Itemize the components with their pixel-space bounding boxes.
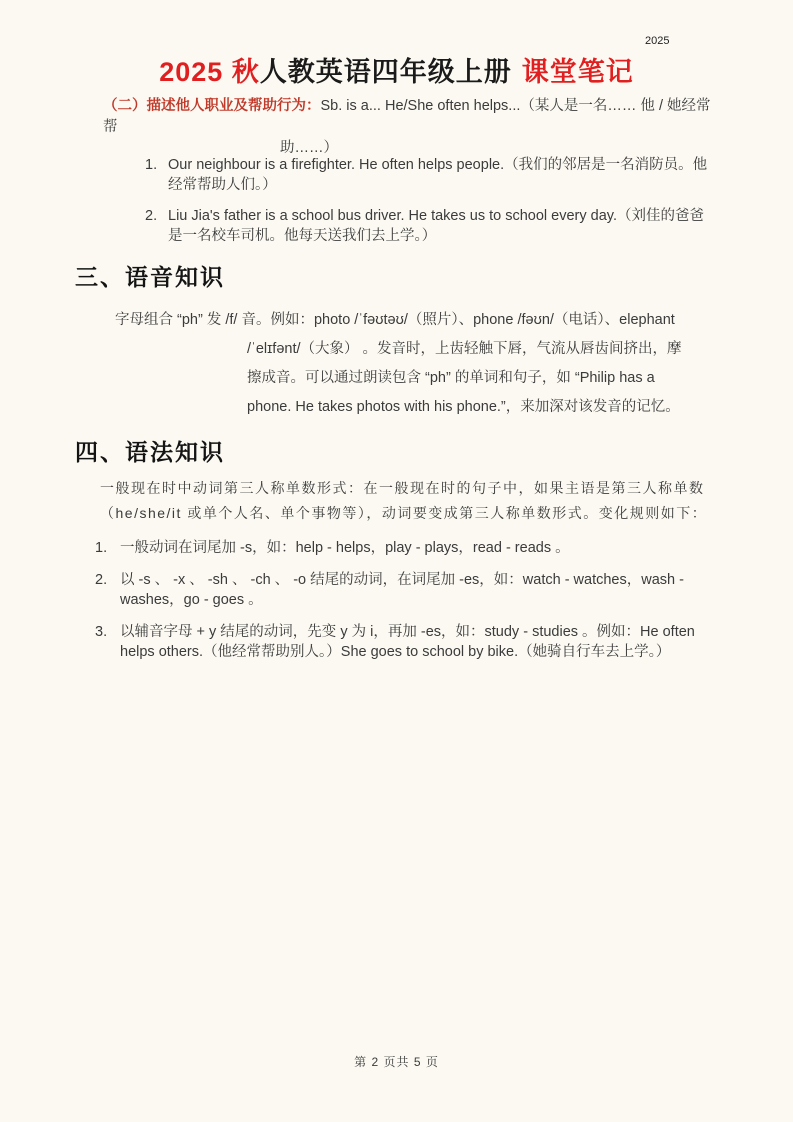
page-title: 2025 秋人教英语四年级上册课堂笔记 [0,50,793,89]
describe-lead-line: （二）描述他人职业及帮助行为：Sb. is a... He/She often … [103,96,717,138]
document-page: 2025 2025 秋人教英语四年级上册课堂笔记 （二）描述他人职业及帮助行为：… [0,0,793,1122]
title-year-season: 2025 秋 [159,57,260,87]
title-book-name: 人教英语四年级上册 [260,57,512,87]
phonics-line: 擦成音。可以通过朗读包含 “ph” 的单词和句子，如 “Philip has a [247,364,720,393]
list-item: 2. Liu Jia's father is a school bus driv… [145,206,715,246]
list-item-number: 2. [95,570,120,610]
phonics-paragraph: 字母组合 “ph” 发 /f/ 音。例如：photo /ˈfəʊtəʊ/（照片）… [115,306,720,422]
list-item: 1. Our neighbour is a firefighter. He of… [145,155,715,195]
grammar-section-heading: 四、语法知识 [75,434,225,467]
list-item-text: 以 -s 、 -x 、 -sh 、 -ch 、 -o 结尾的动词，在词尾加 -e… [120,570,720,610]
list-item: 3. 以辅音字母 + y 结尾的动词，先变 y 为 i，再加 -es，如：stu… [95,622,720,662]
list-item-number: 1. [145,155,168,195]
example-sentence-list: 1. Our neighbour is a firefighter. He of… [145,155,715,257]
page-number-footer: 第 2 页共 5 页 [0,1053,793,1070]
describe-section-label: （二）描述他人职业及帮助行为： [103,98,321,114]
phonics-line: phone. He takes photos with his phone.”，… [247,393,720,422]
list-item-text: 以辅音字母 + y 结尾的动词，先变 y 为 i，再加 -es，如：study … [120,622,720,662]
list-item-text: Our neighbour is a firefighter. He often… [168,155,715,195]
list-item: 1. 一般动词在词尾加 -s，如：help - helps，play - pla… [95,538,720,558]
phonics-line: /ˈelɪfənt/（大象） 。发音时，上齿轻触下唇，气流从唇齿间挤出，摩 [247,335,720,364]
grammar-rule-list: 1. 一般动词在词尾加 -s，如：help - helps，play - pla… [95,538,720,674]
grammar-intro-paragraph: 一般现在时中动词第三人称单数形式：在一般现在时的句子中，如果主语是第三人称单数（… [100,476,720,526]
describe-others-section: （二）描述他人职业及帮助行为：Sb. is a... He/She often … [103,96,717,159]
list-item-text: 一般动词在词尾加 -s，如：help - helps，play - plays，… [120,538,720,558]
phonics-line: 字母组合 “ph” 发 /f/ 音。例如：photo /ˈfəʊtəʊ/（照片）… [115,306,720,335]
title-notes-label: 课堂笔记 [522,57,634,87]
phonics-section-heading: 三、语音知识 [75,259,225,292]
list-item-number: 3. [95,622,120,662]
list-item-text: Liu Jia's father is a school bus driver.… [168,206,715,246]
list-item-number: 1. [95,538,120,558]
list-item-number: 2. [145,206,168,246]
list-item: 2. 以 -s 、 -x 、 -sh 、 -ch 、 -o 结尾的动词，在词尾加… [95,570,720,610]
corner-year: 2025 [645,35,669,47]
